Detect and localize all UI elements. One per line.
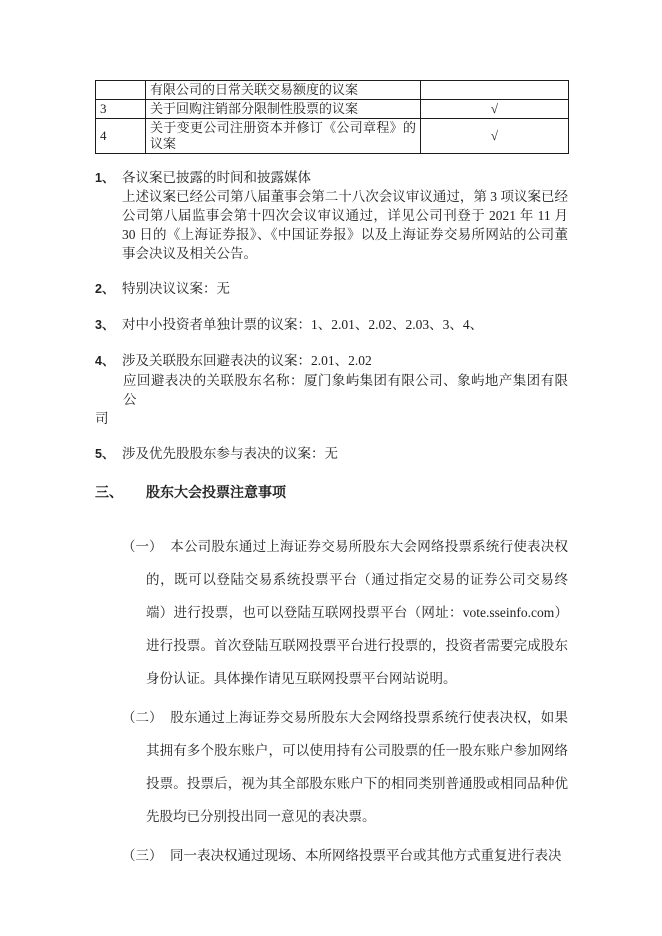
list-item-title: 涉及关联股东回避表决的议案：2.01、2.02 [122, 351, 568, 371]
list-item-4: 4、 涉及关联股东回避表决的议案：2.01、2.02 [95, 351, 568, 371]
list-item-body: 各议案已披露的时间和披露媒体 上述议案已经公司第八届董事会第二十八次会议审议通过… [122, 168, 568, 263]
paragraph-text: 本公司股东通过上海证券交易所股东大会网络投票系统行使表决权的，既可以登陆交易系统… [146, 539, 568, 686]
cell-proposal-title: 关于变更公司注册资本并修订《公司章程》的议案 [146, 119, 421, 154]
cell-vote-mark [421, 81, 569, 100]
list-item-title: 各议案已披露的时间和披露媒体 [122, 168, 568, 187]
list-item-number: 2、 [95, 279, 122, 299]
proposal-table: 有限公司的日常关联交易额度的议案 3 关于回购注销部分限制性股票的议案 √ 4 … [95, 80, 569, 154]
paragraph-number: （一） [122, 530, 170, 563]
list-item-title: 对中小投资者单独计票的议案：1、2.01、2.02、2.03、3、4、 [122, 315, 568, 335]
list-item-5: 5、 涉及优先股股东参与表决的议案：无 [95, 444, 568, 464]
cell-proposal-title: 有限公司的日常关联交易额度的议案 [146, 81, 421, 100]
paragraph-3: （三）同一表决权通过现场、本所网络投票平台或其他方式重复进行表决 [146, 839, 568, 872]
table-row: 4 关于变更公司注册资本并修订《公司章程》的议案 √ [96, 119, 569, 154]
paragraph-number: （二） [122, 701, 170, 734]
table-row: 3 关于回购注销部分限制性股票的议案 √ [96, 100, 569, 119]
table-row: 有限公司的日常关联交易额度的议案 [96, 81, 569, 100]
section-title: 股东大会投票注意事项 [146, 486, 286, 501]
list-item-number: 5、 [95, 444, 122, 464]
cell-proposal-number [96, 81, 146, 100]
list-item-4-continuation: 应回避表决的关联股东名称：厦门象屿集团有限公司、象屿地产集团有限公 司 [95, 371, 568, 428]
list-item-1: 1、 各议案已披露的时间和披露媒体 上述议案已经公司第八届董事会第二十八次会议审… [95, 168, 568, 263]
list-item-text: 司 [95, 409, 568, 428]
list-item-3: 3、 对中小投资者单独计票的议案：1、2.01、2.02、2.03、3、4、 [95, 315, 568, 335]
paragraph-number: （三） [122, 839, 170, 872]
paragraph-text: 股东通过上海证券交易所股东大会网络投票系统行使表决权，如果其拥有多个股东账户，可… [146, 710, 568, 824]
list-item-number: 1、 [95, 168, 122, 263]
paragraph-text: 同一表决权通过现场、本所网络投票平台或其他方式重复进行表决 [170, 848, 562, 863]
cell-proposal-number: 4 [96, 119, 146, 154]
page-content: 有限公司的日常关联交易额度的议案 3 关于回购注销部分限制性股票的议案 √ 4 … [95, 80, 568, 878]
list-item-2: 2、 特别决议议案：无 [95, 279, 568, 299]
list-item-text: 应回避表决的关联股东名称：厦门象屿集团有限公司、象屿地产集团有限公 [123, 371, 568, 409]
cell-vote-mark: √ [421, 119, 569, 154]
paragraph-1: （一）本公司股东通过上海证券交易所股东大会网络投票系统行使表决权的，既可以登陆交… [146, 530, 568, 695]
section-number: 三、 [95, 484, 146, 504]
cell-vote-mark: √ [421, 100, 569, 119]
cell-proposal-number: 3 [96, 100, 146, 119]
paragraph-2: （二）股东通过上海证券交易所股东大会网络投票系统行使表决权，如果其拥有多个股东账… [146, 701, 568, 833]
list-item-number: 3、 [95, 315, 122, 335]
section-heading: 三、股东大会投票注意事项 [95, 484, 568, 504]
notes-list: 1、 各议案已披露的时间和披露媒体 上述议案已经公司第八届董事会第二十八次会议审… [95, 168, 568, 464]
list-item-text: 上述议案已经公司第八届董事会第二十八次会议审议通过，第 3 项议案已经公司第八届… [122, 187, 568, 263]
list-item-number: 4、 [95, 351, 122, 371]
cell-proposal-title: 关于回购注销部分限制性股票的议案 [146, 100, 421, 119]
list-item-title: 特别决议议案：无 [122, 279, 568, 299]
section-paragraphs: （一）本公司股东通过上海证券交易所股东大会网络投票系统行使表决权的，既可以登陆交… [95, 530, 568, 872]
list-item-title: 涉及优先股股东参与表决的议案：无 [122, 444, 568, 464]
document-page: 有限公司的日常关联交易额度的议案 3 关于回购注销部分限制性股票的议案 √ 4 … [0, 0, 662, 936]
